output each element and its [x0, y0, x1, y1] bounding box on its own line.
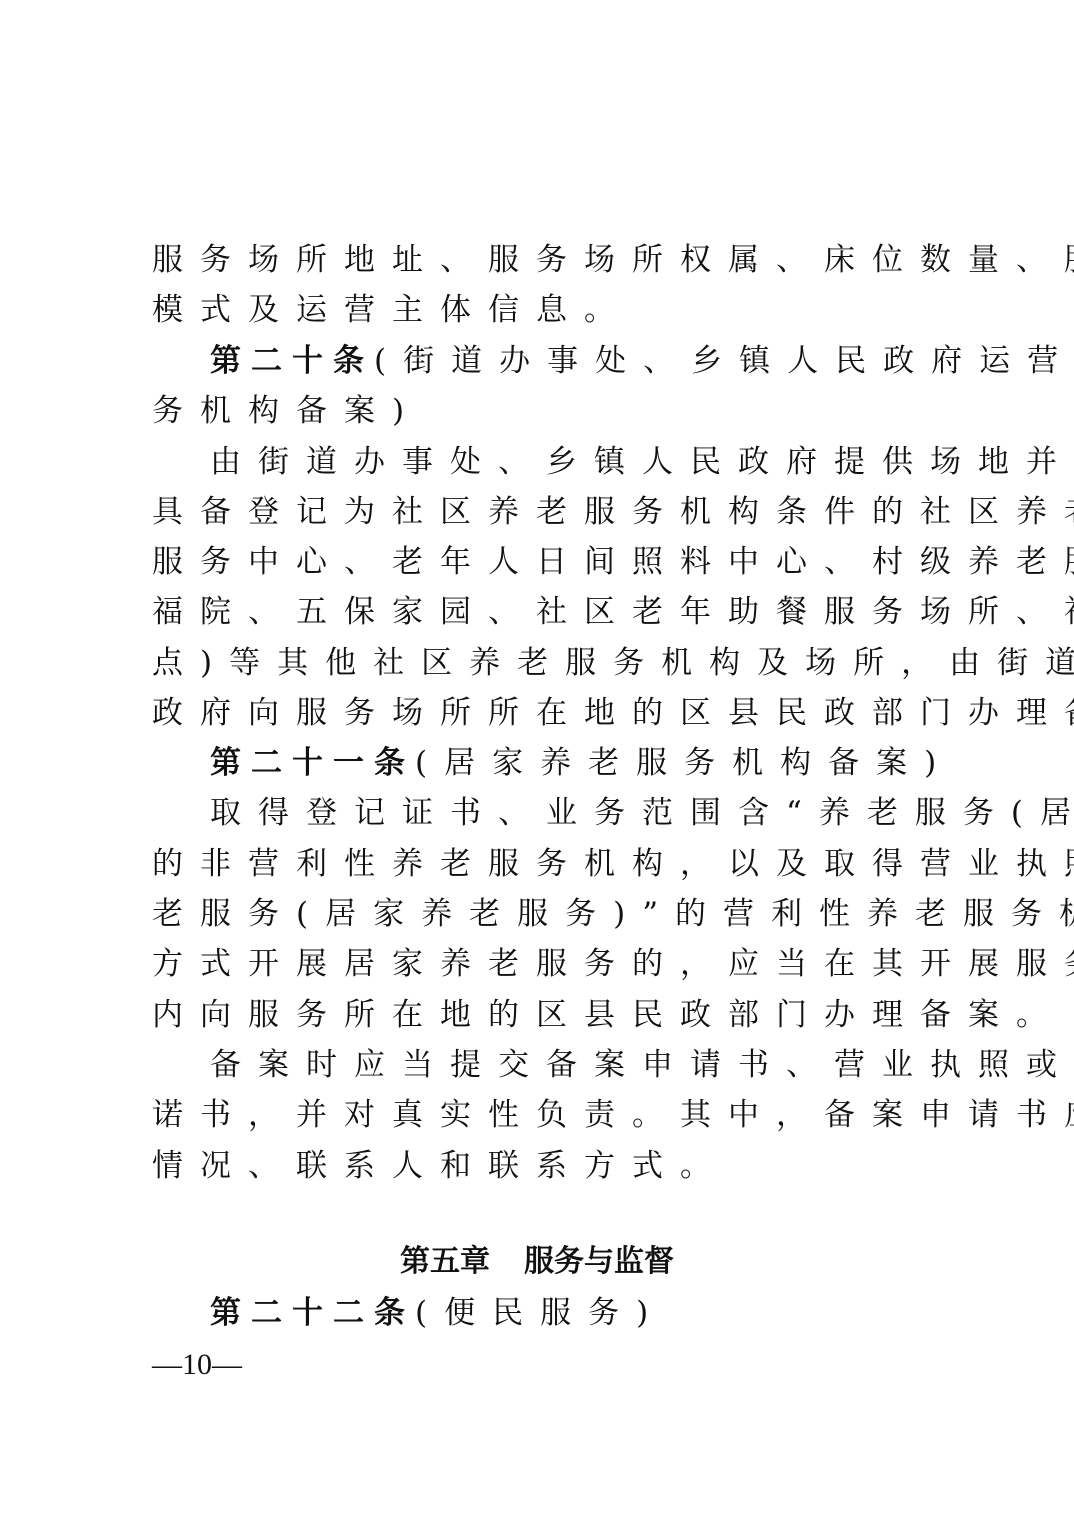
article-number: 第二十二条 — [210, 1295, 415, 1331]
paragraph-line: 政府向服务场所所在地的区县民政部门办理备案。 — [152, 693, 942, 733]
paragraph-line: 服务中心、老年人日间照料中心、村级养老服务互助点、农村幸 — [152, 542, 942, 582]
paragraph-line: 内向服务所在地的区县民政部门办理备案。 — [152, 995, 942, 1035]
chapter-number: 第五章 — [400, 1244, 490, 1279]
article-number: 第二十一条 — [210, 745, 415, 781]
article-title: (街道办事处、乡镇人民政府运营管理社区养老服 — [374, 343, 1074, 379]
document-page: 服务场所地址、服务场所权属、床位数量、服务设施面积、运营 模式及运营主体信息。 … — [0, 0, 1074, 1519]
paragraph-line: 点)等其他社区养老服务机构及场所，由街道办事处、乡镇人民 — [152, 643, 942, 683]
chapter-heading: 第五章服务与监督 — [0, 1242, 1074, 1282]
article-number: 第二十条 — [210, 343, 374, 379]
article-20-heading: 第二十条(街道办事处、乡镇人民政府运营管理社区养老服 — [210, 341, 942, 381]
paragraph-line: 由街道办事处、乡镇人民政府提供场地并自行管理，且尚不 — [210, 442, 942, 482]
paragraph-line: 情况、联系人和联系方式。 — [152, 1146, 942, 1186]
paragraph-line: 模式及运营主体信息。 — [152, 290, 942, 330]
article-title: (便民服务) — [415, 1295, 665, 1331]
article-title: (居家养老服务机构备案) — [415, 745, 953, 781]
paragraph-line: 取得登记证书、业务范围含“养老服务(居家养老服务)” — [210, 793, 942, 833]
article-22-heading: 第二十二条(便民服务) — [210, 1293, 942, 1333]
paragraph-line: 服务场所地址、服务场所权属、床位数量、服务设施面积、运营 — [152, 240, 942, 280]
paragraph-line: 福院、五保家园、社区老年助餐服务场所、社区老年大学(教学 — [152, 592, 942, 632]
article-title-continued: 务机构备案) — [152, 391, 942, 431]
paragraph-line: 备案时应当提交备案申请书、营业执照或登记证书、备案承 — [210, 1045, 942, 1085]
paragraph-line: 老服务(居家养老服务)”的营利性养老服务机构，通过上门等 — [152, 894, 942, 934]
chapter-title: 服务与监督 — [524, 1244, 674, 1279]
paragraph-line: 诺书，并对真实性负责。其中，备案申请书应当列明该机构基本 — [152, 1095, 942, 1135]
paragraph-line: 具备登记为社区养老服务机构条件的社区养老服务站、综合为老 — [152, 492, 942, 532]
paragraph-line: 方式开展居家养老服务的，应当在其开展服务后10个工作日以 — [152, 944, 942, 984]
page-number: —10— — [152, 1345, 242, 1385]
paragraph-line: 的非营利性养老服务机构，以及取得营业执照、主营业务为“养 — [152, 844, 942, 884]
article-21-heading: 第二十一条(居家养老服务机构备案) — [210, 743, 942, 783]
